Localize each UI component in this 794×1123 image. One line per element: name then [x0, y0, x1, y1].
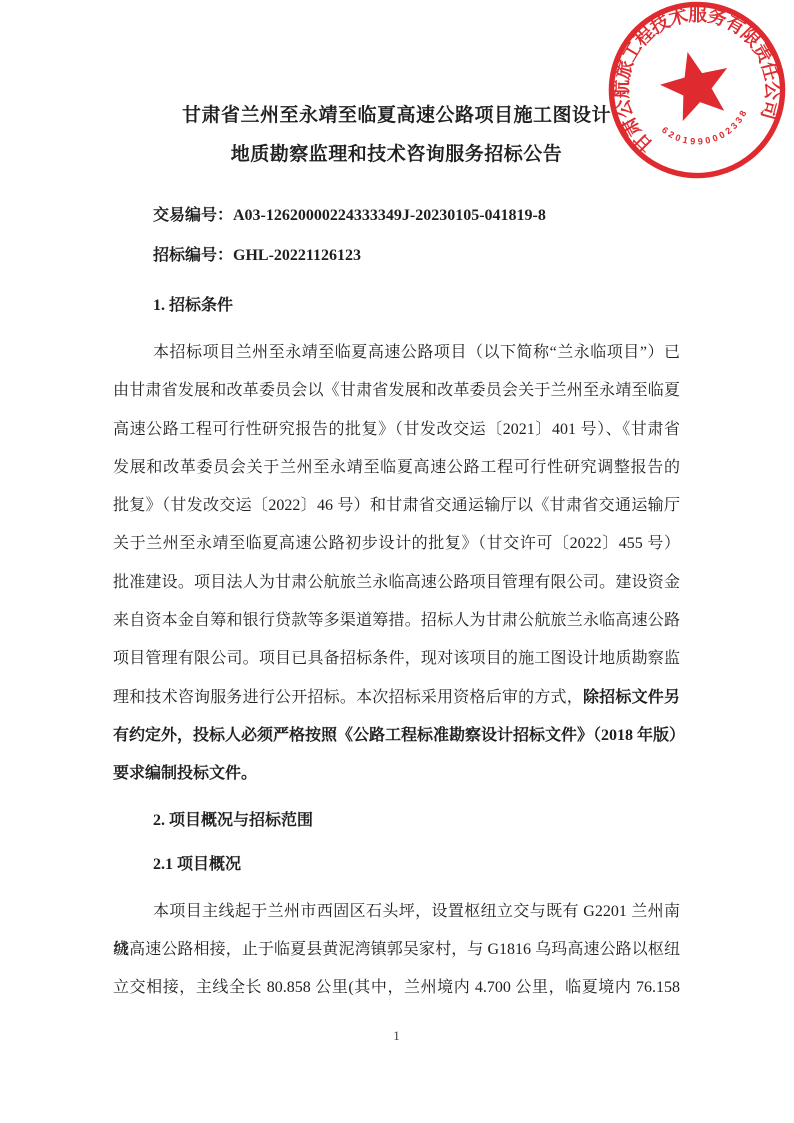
tender-number: 招标编号：GHL-20221126123: [113, 236, 680, 276]
paragraph: 本项目主线起于兰州市西固区石头坪，设置枢纽立交与既有 G2201 兰州南绕城高速…: [113, 893, 680, 1008]
body-line: 本招标项目兰州至永靖至临夏高速公路项目（以下简称“兰永临项目”）已: [113, 334, 680, 372]
meta-block: 交易编号：A03-12620000224333349J-20230105-041…: [113, 196, 680, 276]
text-segment: 立交相接，主线全长 80.858 公里(其中，兰州境内 4.700 公里，临夏境…: [113, 979, 680, 996]
bold-text-segment: 有约定外，投标人必须严格按照《公路工程标准勘察设计招标文件》（2018 年版）: [113, 727, 685, 744]
paragraph: 本招标项目兰州至永靖至临夏高速公路项目（以下简称“兰永临项目”）已由甘肃省发展和…: [113, 334, 680, 794]
body-line: 关于兰州至永靖至临夏高速公路初步设计的批复》（甘交许可〔2022〕455 号）: [113, 525, 680, 563]
document-title: 甘肃省兰州至永靖至临夏高速公路项目施工图设计 地质勘察监理和技术咨询服务招标公告: [113, 0, 680, 174]
body-line: 要求编制投标文件。: [113, 755, 680, 793]
title-line-1: 甘肃省兰州至永靖至临夏高速公路项目施工图设计: [113, 96, 680, 135]
body-line: 有约定外，投标人必须严格按照《公路工程标准勘察设计招标文件》（2018 年版）: [113, 717, 680, 755]
body-line: 批复》（甘发改交运〔2022〕46 号）和甘肃省交通运输厅以《甘肃省交通运输厅: [113, 487, 680, 525]
text-segment: 本招标项目兰州至永靖至临夏高速公路项目（以下简称“兰永临项目”）已: [153, 344, 680, 361]
body-line: 由甘肃省发展和改革委员会以《甘肃省发展和改革委员会关于兰州至永靖至临夏: [113, 372, 680, 410]
document-content: 1. 招标条件本招标项目兰州至永靖至临夏高速公路项目（以下简称“兰永临项目”）已…: [113, 286, 680, 1007]
body-line: 立交相接，主线全长 80.858 公里(其中，兰州境内 4.700 公里，临夏境…: [113, 969, 680, 1007]
text-segment: 发展和改革委员会关于兰州至永靖至临夏高速公路工程可行性研究调整报告的: [113, 459, 680, 476]
title-line-2: 地质勘察监理和技术咨询服务招标公告: [113, 135, 680, 174]
text-segment: 理和技术咨询服务进行公开招标。本次招标采用资格后审的方式，: [113, 689, 583, 706]
text-segment: 批复》（甘发改交运〔2022〕46 号）和甘肃省交通运输厅以《甘肃省交通运输厅: [113, 497, 680, 514]
text-segment: 项目管理有限公司。项目已具备招标条件，现对该项目的施工图设计地质勘察监: [113, 650, 680, 667]
body-line: 理和技术咨询服务进行公开招标。本次招标采用资格后审的方式，除招标文件另: [113, 679, 680, 717]
text-segment: 城高速公路相接，止于临夏县黄泥湾镇郭吴家村，与 G1816 乌玛高速公路以枢纽: [113, 941, 680, 958]
bold-text-segment: 要求编制投标文件。: [113, 765, 257, 782]
body-line: 项目管理有限公司。项目已具备招标条件，现对该项目的施工图设计地质勘察监: [113, 640, 680, 678]
section-heading: 2.1 项目概况: [113, 845, 680, 884]
bold-text-segment: 除招标文件另: [583, 689, 680, 706]
text-segment: 来自资本金自筹和银行贷款等多渠道筹措。招标人为甘肃公航旅兰永临高速公路: [113, 612, 680, 629]
text-segment: 批准建设。项目法人为甘肃公航旅兰永临高速公路项目管理有限公司。建设资金: [113, 574, 680, 591]
text-segment: 高速公路工程可行性研究报告的批复》（甘发改交运〔2021〕401 号）、《甘肃省: [113, 421, 680, 438]
text-segment: 由甘肃省发展和改革委员会以《甘肃省发展和改革委员会关于兰州至永靖至临夏: [113, 382, 680, 399]
body-line: 来自资本金自筹和银行贷款等多渠道筹措。招标人为甘肃公航旅兰永临高速公路: [113, 602, 680, 640]
section-heading: 1. 招标条件: [113, 286, 680, 325]
text-column: 甘肃省兰州至永靖至临夏高速公路项目施工图设计 地质勘察监理和技术咨询服务招标公告…: [0, 0, 794, 1044]
text-segment: 关于兰州至永靖至临夏高速公路初步设计的批复》（甘交许可〔2022〕455 号）: [113, 535, 680, 552]
body-line: 城高速公路相接，止于临夏县黄泥湾镇郭吴家村，与 G1816 乌玛高速公路以枢纽: [113, 931, 680, 969]
section-heading: 2. 项目概况与招标范围: [113, 801, 680, 840]
transaction-number: 交易编号：A03-12620000224333349J-20230105-041…: [113, 196, 680, 236]
document-page: 甘肃省兰州至永靖至临夏高速公路项目施工图设计 地质勘察监理和技术咨询服务招标公告…: [0, 0, 794, 1123]
body-line: 批准建设。项目法人为甘肃公航旅兰永临高速公路项目管理有限公司。建设资金: [113, 564, 680, 602]
page-number: 1: [113, 1028, 680, 1044]
body-line: 高速公路工程可行性研究报告的批复》（甘发改交运〔2021〕401 号）、《甘肃省: [113, 411, 680, 449]
body-line: 本项目主线起于兰州市西固区石头坪，设置枢纽立交与既有 G2201 兰州南绕: [113, 893, 680, 931]
body-line: 发展和改革委员会关于兰州至永靖至临夏高速公路工程可行性研究调整报告的: [113, 449, 680, 487]
